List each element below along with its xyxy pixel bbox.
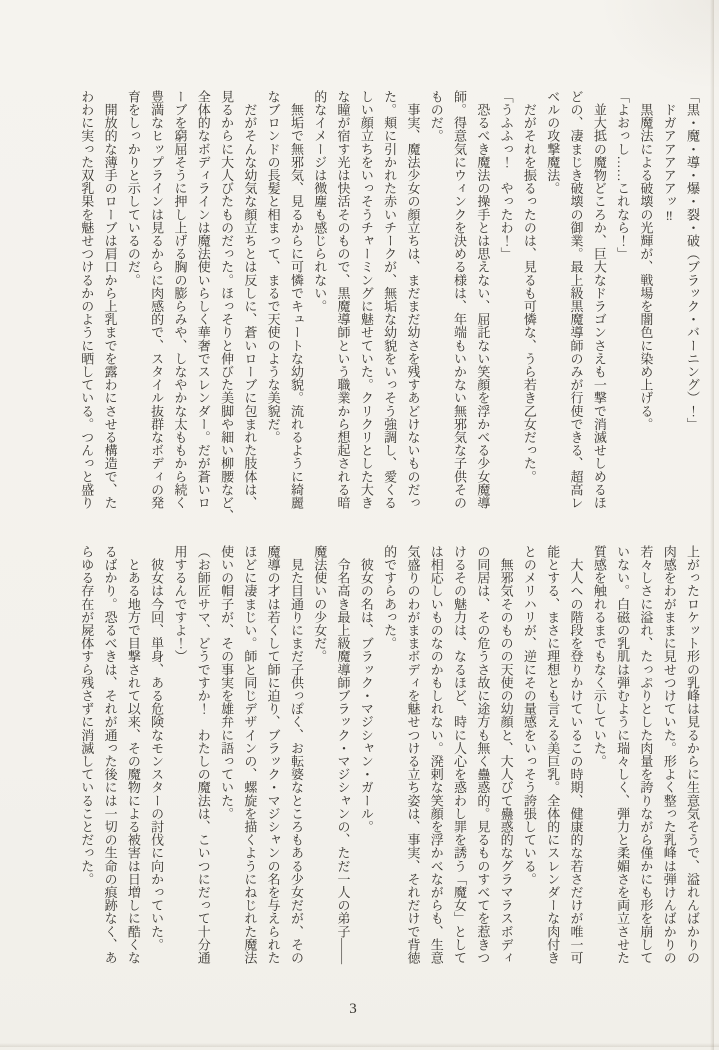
text-line: （お師匠サマ、どうですか！ わたしの魔法は、こいつにだって十分通: [191, 545, 214, 967]
text-line: 令名高き最上級魔導師ブラック・マジシャンの、ただ一人の弟子――: [331, 545, 354, 967]
text-line: 「黒・魔・導・爆・裂・破（ブラック・バーニング）！」: [681, 90, 704, 512]
text-line: わわに実った双乳果を魅せつけるかのように晒している。つんっと盛り: [75, 90, 98, 512]
text-line: 魔法使いの少女だ。: [308, 545, 331, 967]
text-line: なブロンドの長髪と相まって、まるで天使のような美貌だ。: [261, 90, 284, 512]
text-line: らゆる存在が屍体すら残さずに消滅していることだった。: [75, 545, 98, 967]
text-line: とある地方で目撃されて以来、その魔物による被害は日増しに酷くな: [122, 545, 145, 967]
text-line: ドガアアアアアッ‼: [657, 90, 680, 512]
text-line: 彼女の名は、ブラック・マジシャン・ガール。: [355, 545, 378, 967]
text-line: いない。白磁の乳肌は弾むように瑞々しく、弾力と柔媚さを両立させた: [611, 545, 634, 967]
text-line: 質感を触れるまでもなく示していた。: [588, 545, 611, 967]
text-line: ベルの攻撃魔法。: [541, 90, 564, 512]
text-line: 気盛りのわがままボディを魅せつける立ち姿は、事実、それだけで背徳: [401, 545, 424, 967]
text-line: 恐るべき魔法の操手とは思えない、屈託ない笑顔を浮かべる少女魔導: [471, 90, 494, 512]
page-right-edge-shadow: [710, 0, 714, 1050]
text-line: 魔導の才は若くして師に迫り、ブラック・マジシャンの名を与えられた: [261, 545, 284, 967]
text-line: な瞳が宿す光は快活そのもので、黒魔導師という職業から想起される暗: [331, 90, 354, 512]
text-line: 若々しさに溢れ、たっぷりとした肉量を誇りながら僅かにも形を崩して: [634, 545, 657, 967]
text-line: 師。得意気にウィンクを決める様は、年端もいかない無邪気な子供その: [448, 90, 471, 512]
text-line: ものだ。: [424, 90, 447, 512]
text-line: どの、凄まじき破壊の御業。最上級黒魔導師のみが行使できる、超高レ: [564, 90, 587, 512]
text-line: だがそれを振るったのは、見るも可憐な、うら若き乙女だった。: [518, 90, 541, 512]
text-line: ーブを窮屈そうに押し上げる胸の膨らみや、しなやかな太ももから続く: [168, 90, 191, 512]
text-line: た。頬に引かれた赤いチークが、無垢な幼貌をいっそう強調し、愛くる: [378, 90, 401, 512]
text-line: 無邪気そのものの天使の幼顔と、大人びて蠱惑的なグラマラスボディ: [494, 545, 517, 967]
text-line: 豊満なヒップラインは見るからに肉感的で、スタイル抜群なボディの発: [145, 90, 168, 512]
text-line: 見た目通りにまだ子供っぽく、お転婆なところもある少女だが、その: [285, 545, 308, 967]
text-line: 的なイメージは微塵も感じられない。: [308, 90, 331, 512]
text-line: けるその魅力は、なるほど、時に人心を惑わし罪を誘う「魔女」として: [448, 545, 471, 967]
text-line: 黒魔法による破壊の光輝が、戦場を闇色に染め上げる。: [634, 90, 657, 512]
page-number: 3: [0, 1001, 706, 1018]
text-line: ほどに凄まじい。師と同じデザインの、螺旋を描くようにねじれた魔法: [238, 545, 261, 967]
upper-text-block: 「黒・魔・導・爆・裂・破（ブラック・バーニング）！」 ドガアアアアアッ‼ 黒魔法…: [75, 90, 704, 512]
text-line: 肉感をわがままに見せつけていた。形よく整った乳峰は弾けんばかりの: [657, 545, 680, 967]
text-line: の同居は、その危うさ故に途方も無く蠱惑的。見るものすべてを惹きつ: [471, 545, 494, 967]
text-line: 上がったロケット形の乳峰は見るからに生意気そうで、溢れんばかりの: [681, 545, 704, 967]
text-line: 事実、魔法少女の顔立ちは、まだまだ幼さを残すあどけないものだっ: [401, 90, 424, 512]
text-line: 全体的なボディラインは魔法使いらしく華奢でスレンダー。だが蒼いロ: [191, 90, 214, 512]
text-line: 「うふふっ！ やったわ！」: [494, 90, 517, 512]
text-line: 彼女は今回、単身、ある危険なモンスターの討伐に向かっていた。: [145, 545, 168, 967]
text-line: 使いの帽子が、その事実を雄弁に語っていた。: [215, 545, 238, 967]
book-page: 「黒・魔・導・爆・裂・破（ブラック・バーニング）！」 ドガアアアアアッ‼ 黒魔法…: [0, 0, 719, 1050]
text-line: 見るからに大人びたものだった。ほっそりと伸びた美脚や細い柳腰など、: [215, 90, 238, 512]
text-line: るばかり。恐るべきは、それが通った後には一切の生命の痕跡なく、あ: [98, 545, 121, 967]
text-line: 育をしっかりと示しているのだ。: [122, 90, 145, 512]
text-line: 大人への階段を登りかけているこの時期、健康的な若さだけが唯一可: [564, 545, 587, 967]
text-line: 用するんですよ！）: [168, 545, 191, 967]
text-line: しい顔立ちをいっそうチャーミングに魅せていた。クリクリとした大き: [355, 90, 378, 512]
page-bottom-edge-shadow: [0, 1043, 719, 1047]
text-line: 無垢で無邪気、見るからに可憐でキュートな幼貌。流れるように綺麗: [285, 90, 308, 512]
text-line: 開放的な薄手のローブは肩口から上乳までを露わにさせる構造で、た: [98, 90, 121, 512]
text-line: は相応しいものなのかもしれない。溌剌な笑顔を浮かべながらも、生意: [424, 545, 447, 967]
page-corner-shading: [599, 0, 719, 90]
text-line: だがそんな幼気な顔立ちとは反しに、蒼いローブに包まれた肢体は、: [238, 90, 261, 512]
text-line: とのメリハリが、逆にその量感をいっそう誇張している。: [518, 545, 541, 967]
lower-text-block: 上がったロケット形の乳峰は見るからに生意気そうで、溢れんばかりの肉感をわがままに…: [75, 545, 704, 967]
text-line: 的ですらあった。: [378, 545, 401, 967]
text-line: 並大抵の魔物どころか、巨大なドラゴンさえも一撃で消滅せしめるほ: [588, 90, 611, 512]
text-line: 「よおっし……これなら！」: [611, 90, 634, 512]
text-line: 能とする、まさに理想とも言える美巨乳。全体的にスレンダーな肉付き: [541, 545, 564, 967]
